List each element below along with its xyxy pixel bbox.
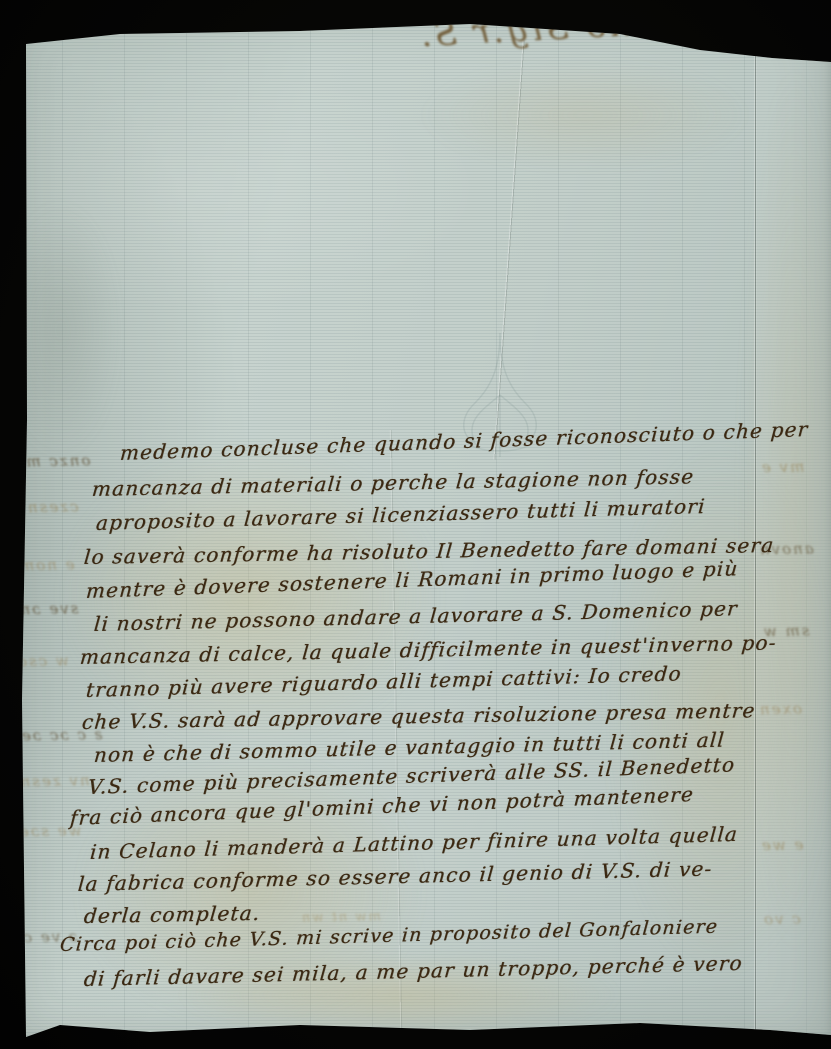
handwritten-line: aproposito a lavorare si licenziassero t… bbox=[95, 494, 706, 535]
crease bbox=[493, 40, 525, 459]
bleedthrough-fragment: e we bbox=[760, 836, 804, 855]
bleedthrough-fragment: e nom bbox=[18, 556, 75, 575]
bleedthrough-address: Ill.mo Sig.r S. bbox=[417, 1, 700, 56]
handwritten-line: tranno più avere riguardo alli tempi cat… bbox=[85, 661, 683, 702]
stain bbox=[0, 200, 120, 460]
bleedthrough-fragment: c vo bbox=[762, 910, 801, 929]
stain bbox=[740, 60, 831, 960]
bleedthrough-fragment: nv zesm bbox=[14, 771, 90, 790]
bleedthrough-fragment: mw nt wn bbox=[300, 909, 381, 925]
manuscript-page: Ill.mo Sig.r S. onzc mv czesn e nom sve … bbox=[0, 0, 831, 1049]
bleedthrough-fragment: w cso bbox=[16, 652, 69, 671]
bleedthrough-fragment: sve ɔm bbox=[14, 599, 79, 618]
stain bbox=[420, 60, 750, 170]
handwritten-line: la fabrica conforme so essere anco il ge… bbox=[77, 856, 713, 896]
bleedthrough-fragment: onzc mv bbox=[14, 451, 91, 470]
bleedthrough-fragment: mv e bbox=[760, 458, 805, 477]
handwritten-line: di farli davare sei mila, a me par un tr… bbox=[83, 951, 744, 991]
scan-background: Ill.mo Sig.r S. onzc mv czesn e nom sve … bbox=[0, 0, 831, 1049]
handwritten-line: medemo concluse che quando si fosse rico… bbox=[119, 417, 809, 465]
handwritten-line: derla completa. bbox=[83, 901, 262, 928]
handwritten-line: li nostri ne possono andare a lavorare a… bbox=[93, 596, 739, 636]
bleedthrough-fragment: czesn bbox=[26, 498, 79, 517]
bleedthrough-fragment: oxen bbox=[758, 700, 802, 719]
handwritten-line: mancanza di materiali o perche la stagio… bbox=[91, 464, 695, 501]
